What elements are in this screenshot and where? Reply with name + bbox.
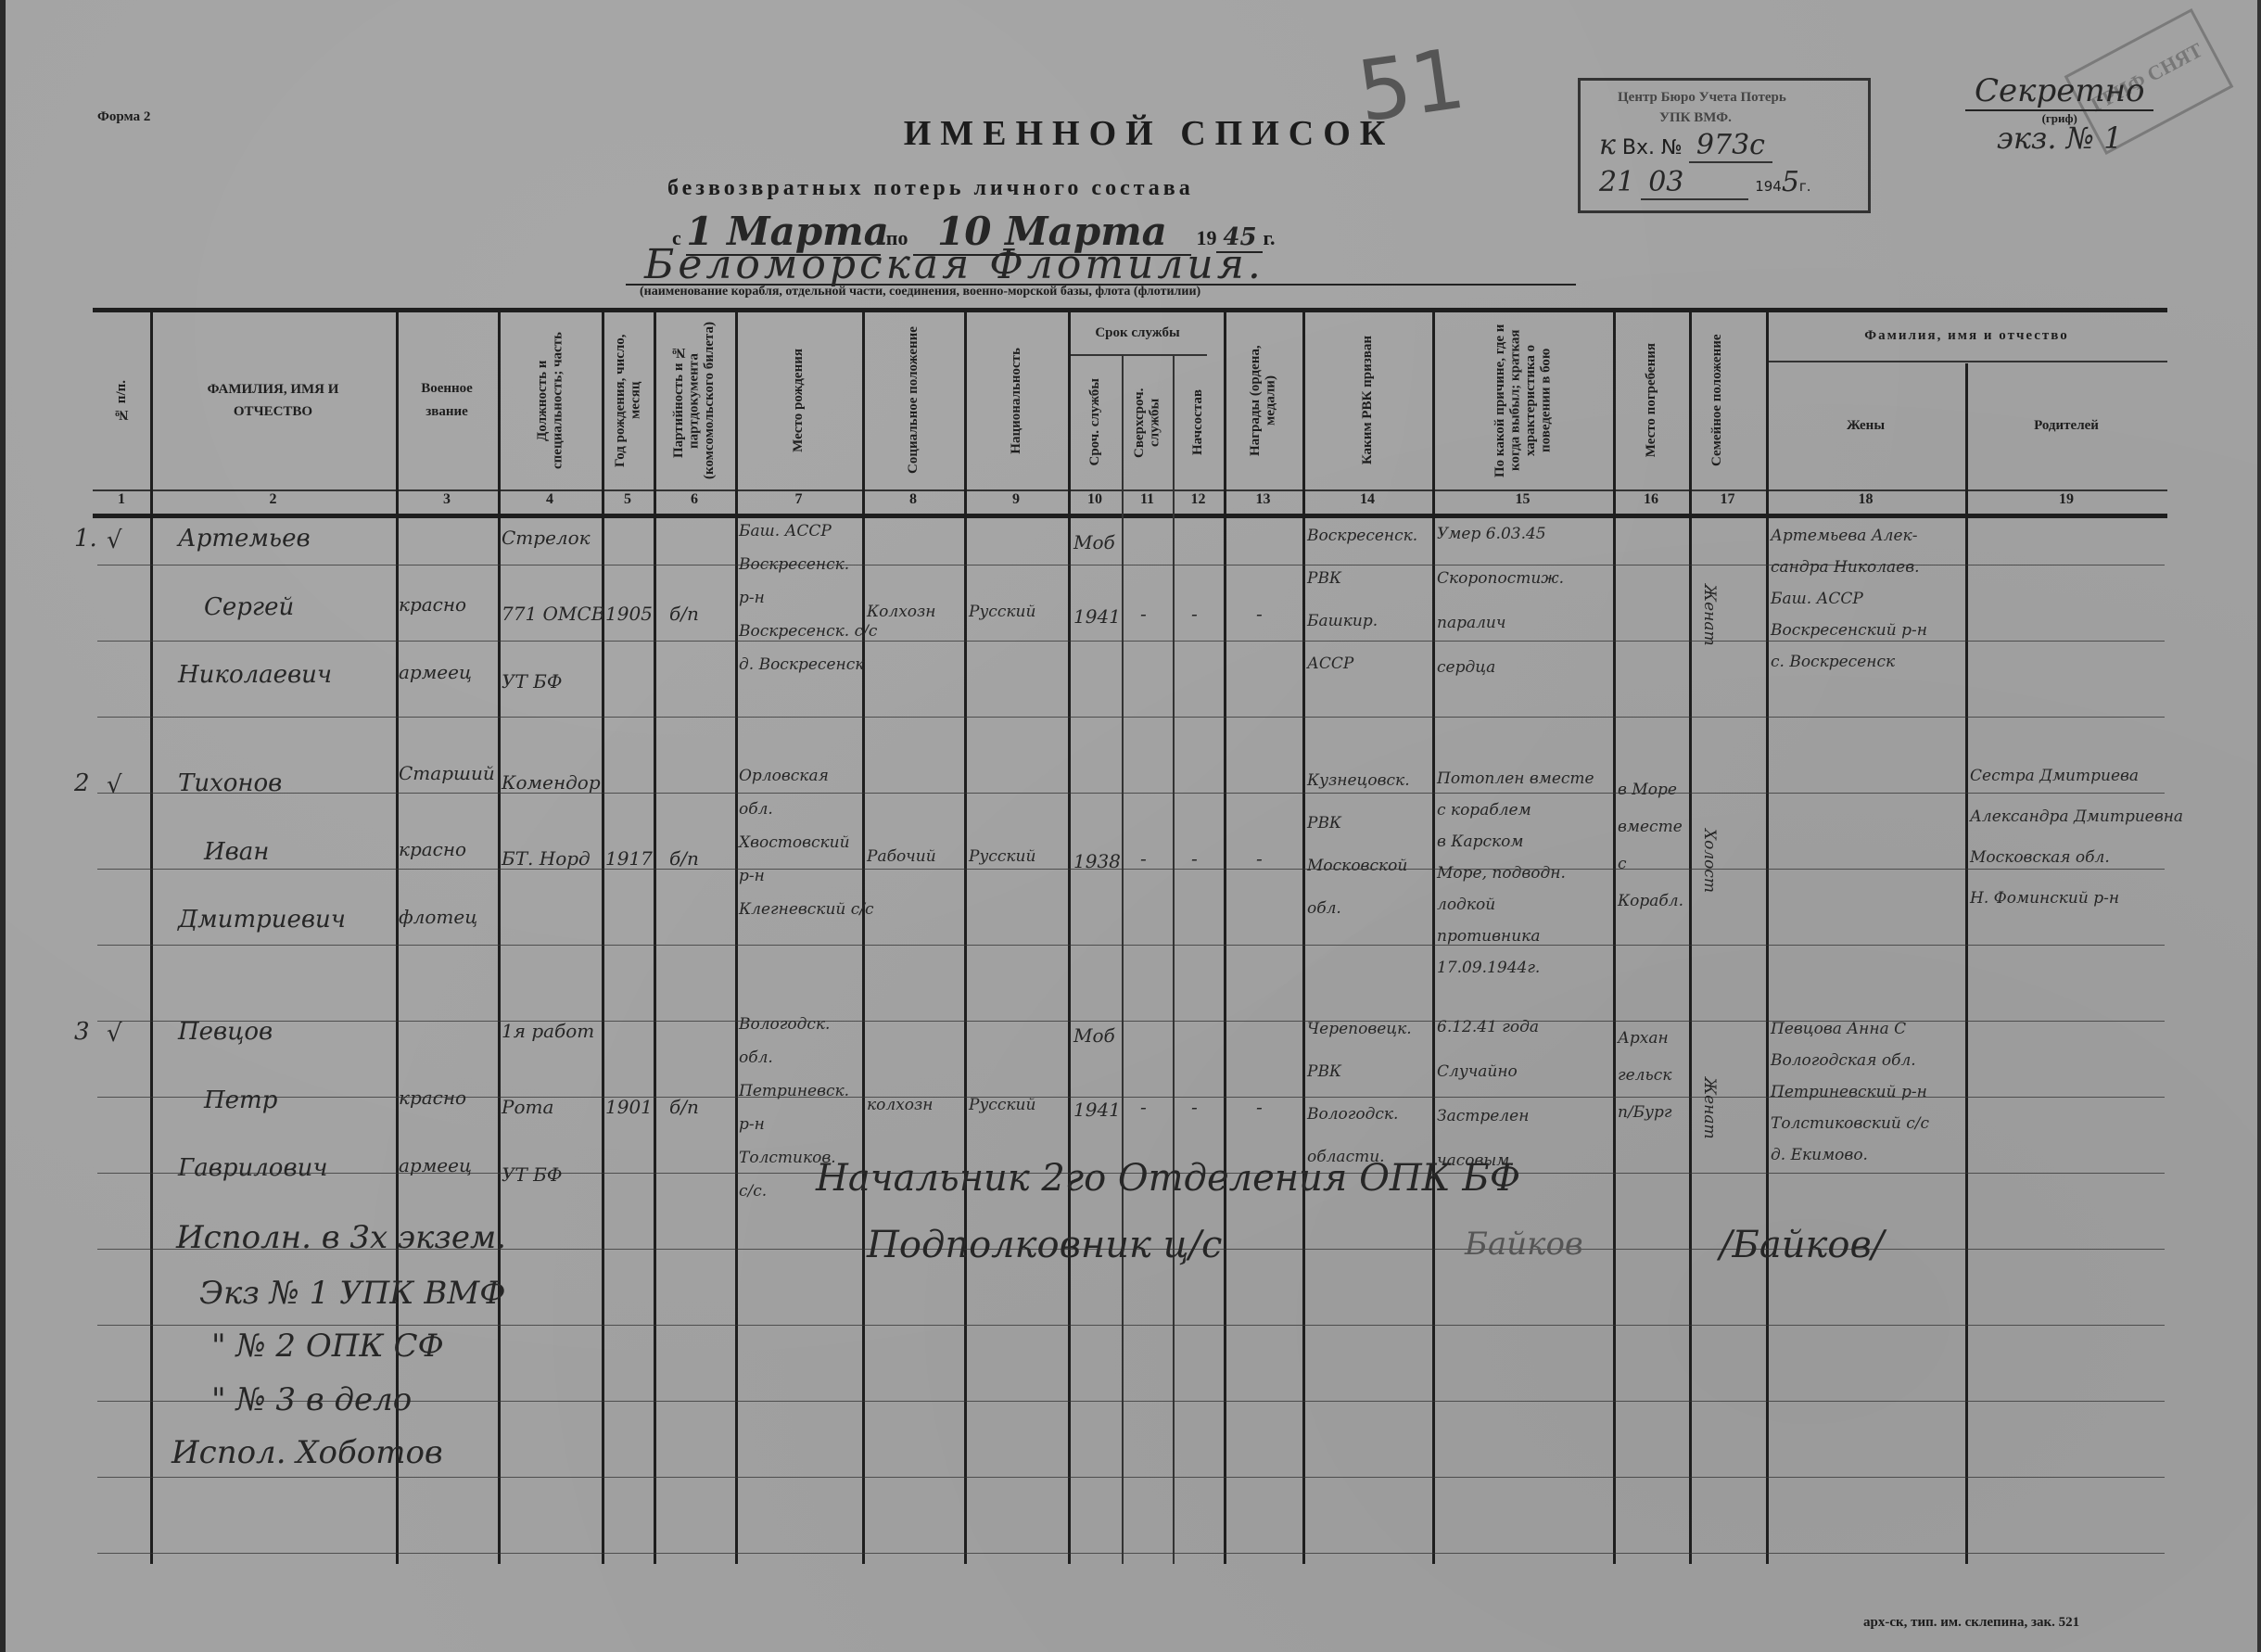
header-label: Сверхсроч. службы	[1132, 376, 1162, 469]
column-rule	[1224, 312, 1226, 1564]
cell-text: Сестра Дмитриева	[1970, 769, 2139, 784]
cell-text: Старший	[399, 764, 495, 782]
cell-text: Колхозн	[867, 604, 936, 620]
cell-text: -	[1191, 849, 1198, 868]
cell-text: АССР	[1307, 656, 1353, 672]
header-label: Жены	[1847, 418, 1885, 434]
marital-status: Женат	[1701, 584, 1717, 646]
distribution-note-2: Экз № 1 УПК ВМФ	[199, 1275, 505, 1312]
cell-text: Петриневск.	[739, 1084, 849, 1099]
column-number: 15	[1432, 491, 1613, 514]
stamp-date: 21 03 1945г.	[1599, 166, 1811, 200]
cell-text: Моб	[1073, 533, 1115, 552]
stamp-line-2: УПК ВМФ.	[1659, 110, 1732, 126]
header-col-8: Социальное положение	[862, 312, 964, 489]
header-label: Каким РВК призван	[1360, 336, 1376, 464]
column-number: 7	[735, 491, 862, 514]
column-number: 9	[964, 491, 1068, 514]
header-label: Родителей	[2034, 418, 2099, 434]
row-rule	[97, 641, 2165, 642]
unit-name: Беломорская Флотилия.	[644, 241, 1264, 288]
cell-text: Череповецк.	[1307, 1022, 1412, 1037]
header-label: Место погребения	[1644, 343, 1659, 457]
row-rule	[97, 793, 2165, 794]
cell-text: Скоропостиж.	[1437, 571, 1564, 587]
column-number: 2	[150, 491, 396, 514]
signatory-rank-text: Подполковник	[867, 1224, 1151, 1266]
cell-text: √	[107, 528, 144, 553]
cell-text: Певцов	[178, 1020, 273, 1044]
cell-text: Русский	[969, 1098, 1035, 1113]
column-rule	[1965, 363, 1968, 1564]
header-label: Должность и специальность; часть	[535, 317, 565, 484]
header-col-19: Родителей	[1965, 363, 2167, 489]
cell-text: Вологодск.	[739, 1017, 830, 1033]
cell-text: обл.	[739, 1050, 773, 1066]
losses-table: № п/п. ФАМИЛИЯ, ИМЯ И ОТЧЕСТВО Военное з…	[93, 308, 2169, 1569]
unit-name-field: Беломорская Флотилия.	[626, 241, 1576, 286]
cell-text: 1я работ	[502, 1022, 594, 1040]
cell-text: р-н	[739, 869, 765, 884]
cell-text: Н. Фоминский р-н	[1970, 891, 2119, 907]
scan-edge-left	[0, 0, 6, 1652]
header-col-6: Партийность и № партдокумента (комсомоль…	[654, 312, 735, 489]
cell-text: -	[1140, 604, 1147, 623]
column-rule	[1122, 356, 1124, 1564]
cell-text: √	[107, 1022, 144, 1046]
header-label: По какой причине, где и когда выбыл; кра…	[1493, 317, 1554, 484]
header-col-1: № п/п.	[93, 312, 150, 489]
cell-text: Воскресенск.	[1307, 528, 1417, 544]
header-col-15: По какой причине, где и когда выбыл; кра…	[1432, 312, 1613, 489]
column-rule	[1432, 312, 1435, 1564]
cell-text: 1938	[1073, 852, 1121, 870]
stamp-in-number: 973с	[1696, 129, 1765, 161]
cell-text: с. Воскресенск	[1771, 654, 1895, 670]
column-rule	[1302, 312, 1305, 1564]
distribution-note-5: Испол. Хоботов	[171, 1434, 443, 1471]
printer-info: арх-ск, тип. им. склепина, зак. 521	[1863, 1615, 2079, 1631]
cell-text: Комендор	[502, 773, 601, 792]
signatory-rank: Подполковник ц/с	[867, 1224, 1222, 1266]
cell-text: сердца	[1437, 660, 1495, 676]
cell-text: с кораблем	[1437, 803, 1531, 819]
header-label: Национальность	[1009, 348, 1024, 454]
header-col-16: Место погребения	[1613, 312, 1689, 489]
cell-text: 1917	[605, 849, 653, 868]
cell-text: Вологодская обл.	[1771, 1053, 1916, 1069]
column-number: 1	[93, 491, 150, 514]
cell-text: √	[107, 773, 144, 797]
column-number: 16	[1613, 491, 1689, 514]
cell-text: красно	[399, 840, 466, 858]
stamp-year-prefix: 194	[1755, 178, 1782, 195]
stamp-year: 5	[1782, 166, 1799, 198]
cell-text: флотец	[399, 908, 477, 926]
header-bottom-rule	[93, 514, 2167, 518]
document-subtitle: безвозвратных потерь личного состава	[667, 176, 1194, 201]
cell-text: Хвостовский	[739, 835, 850, 851]
cell-text: -	[1191, 1098, 1198, 1116]
cell-text: Кузнецовск.	[1307, 773, 1410, 789]
cell-text: Башкир.	[1307, 614, 1378, 629]
row-rule	[97, 1553, 2165, 1554]
cell-text: 1941	[1073, 1100, 1121, 1119]
row-rule	[97, 1477, 2165, 1478]
column-rule	[1766, 312, 1769, 1564]
cell-text: Орловская	[739, 769, 829, 784]
cell-text: д. Екимово.	[1771, 1148, 1868, 1163]
stamp-in-label: Вх. №	[1622, 136, 1683, 159]
cell-text: армеец	[399, 663, 472, 681]
cell-text: Толстиковский с/с	[1771, 1116, 1929, 1132]
incoming-stamp: Центр Бюро Учета Потерь УПК ВМФ. к Вх. №…	[1578, 78, 1871, 213]
header-group-service: Срок службы	[1068, 312, 1207, 354]
secrecy-block: Секретно (гриф) экз. № 1	[1965, 72, 2153, 156]
stamp-year-suffix: г.	[1799, 178, 1811, 195]
column-number: 11	[1122, 491, 1173, 514]
cell-text: колхозн	[867, 1098, 934, 1113]
cell-text: Дмитриевич	[178, 908, 346, 932]
cell-text: обл.	[1307, 901, 1341, 917]
cell-text: Московской	[1307, 858, 1407, 874]
stamp-line-1: Центр Бюро Учета Потерь	[1618, 90, 1786, 106]
cell-text: Петр	[204, 1088, 277, 1112]
cell-text: 6.12.41 года	[1437, 1020, 1539, 1036]
header-col-5: Год рождения, число, месяц	[602, 312, 654, 489]
cell-text: Клегневский с/с	[739, 902, 874, 918]
marital-status: Холост	[1701, 829, 1717, 893]
column-rule	[862, 312, 865, 1564]
cell-text: п/Бург	[1618, 1105, 1672, 1121]
column-number: 13	[1224, 491, 1302, 514]
cell-text: Русский	[969, 604, 1035, 620]
header-col-14: Каким РВК призван	[1302, 312, 1432, 489]
relatives-group-rule	[1766, 361, 2167, 362]
cell-text: Русский	[969, 849, 1035, 865]
autograph: Байков	[1465, 1226, 1583, 1263]
header-col-11: Сверхсроч. службы	[1122, 356, 1173, 489]
header-col-10: Сроч. службы	[1068, 356, 1122, 489]
header-label: Место рождения	[791, 349, 807, 452]
cell-text: обл.	[739, 802, 773, 818]
cell-text: Певцова Анна С	[1771, 1022, 1906, 1037]
cell-text: Николаевич	[178, 663, 332, 687]
column-number: 19	[1965, 491, 2167, 514]
column-number: 5	[602, 491, 654, 514]
header-col-7: Место рождения	[735, 312, 862, 489]
cell-text: Стрелок	[502, 528, 591, 547]
cell-text: красно	[399, 595, 466, 614]
header-label: Год рождения, число, месяц	[613, 317, 643, 484]
signatory-rank-suffix: ц/с	[1163, 1224, 1223, 1266]
cell-text: армеец	[399, 1156, 472, 1175]
cell-text: Случайно	[1437, 1064, 1518, 1080]
stamp-day: 21	[1599, 166, 1634, 198]
header-col-12: Начсостав	[1173, 356, 1224, 489]
cell-text: б/п	[669, 849, 699, 868]
header-col-9: Национальность	[964, 312, 1068, 489]
cell-text: гельск	[1618, 1068, 1671, 1084]
cell-text: Иван	[204, 840, 269, 864]
cell-text: Архан	[1618, 1031, 1669, 1047]
header-col-2: ФАМИЛИЯ, ИМЯ И ОТЧЕСТВО	[150, 312, 396, 489]
column-number: 4	[498, 491, 602, 514]
cell-text: Моб	[1073, 1026, 1115, 1045]
column-number: 17	[1689, 491, 1766, 514]
row-rule	[97, 945, 2165, 946]
row-rule	[97, 717, 2165, 718]
cell-text: РВК	[1307, 816, 1341, 832]
cell-text: Воскресенский р-н	[1771, 623, 1927, 639]
header-label: Начсостав	[1190, 389, 1206, 455]
cell-text: сандра Николаев.	[1771, 560, 1920, 576]
column-number: 18	[1766, 491, 1965, 514]
column-rule	[735, 312, 738, 1564]
cell-text: в Море	[1618, 782, 1677, 798]
header-label: Сроч. службы	[1087, 378, 1103, 466]
cell-text: Тихонов	[178, 771, 282, 795]
copy-number: экз. № 1	[1965, 121, 2153, 156]
cell-text: 17.09.1944г.	[1437, 960, 1540, 976]
column-rule	[964, 312, 967, 1564]
cell-text: Гаврилович	[178, 1156, 328, 1180]
cell-text: -	[1140, 1098, 1147, 1116]
scan-edge-right	[2257, 0, 2261, 1652]
cell-text: паралич	[1437, 616, 1505, 631]
header-col-4: Должность и специальность; часть	[498, 312, 602, 489]
header-label: Срок службы	[1095, 325, 1179, 341]
header-label: Семейное положение	[1709, 317, 1725, 484]
cell-text: р-н	[739, 591, 765, 606]
cell-text: Баш. АССР	[1771, 591, 1863, 607]
stamp-incoming-number: к Вх. № 973с	[1599, 129, 1772, 163]
stamp-in-prefix: к	[1599, 129, 1616, 161]
cell-text: б/п	[669, 604, 699, 623]
document-title: ИМЕННОЙ СПИСОК	[0, 113, 2261, 154]
column-rule	[396, 312, 399, 1564]
cell-text: б/п	[669, 1098, 699, 1116]
cell-text: -	[1256, 1098, 1263, 1116]
cell-text: в Карском	[1437, 834, 1523, 850]
cell-text: Корабл.	[1618, 894, 1683, 909]
cell-text: -	[1256, 604, 1263, 623]
cell-text: Баш. АССР	[739, 524, 832, 540]
cell-text: 771 ОМСВ	[502, 604, 604, 623]
cell-text: Воскресенск. с/с	[739, 624, 877, 640]
cell-text: -	[1256, 849, 1263, 868]
cell-text: Потоплен вместе	[1437, 771, 1594, 787]
column-number: 3	[396, 491, 498, 514]
cell-text: Воскресенск.	[739, 557, 849, 573]
header-label: Партийность и № партдокумента (комсомоль…	[671, 315, 718, 487]
cell-text: Артемьев	[178, 527, 311, 551]
cell-text: Московская обл.	[1970, 850, 2110, 866]
stamp-month: 03	[1648, 166, 1683, 198]
signatory-title: Начальник 2го Отделения ОПК БФ	[816, 1157, 1520, 1200]
cell-text: Сергей	[204, 595, 294, 619]
header-label: Награды (ордена, медали)	[1248, 331, 1278, 470]
cell-text: Артемьева Алек-	[1771, 528, 1917, 544]
column-rule	[150, 312, 153, 1564]
cell-text: 1941	[1073, 607, 1121, 626]
cell-text: противника	[1437, 929, 1540, 945]
cell-text: Застрелен	[1437, 1109, 1529, 1125]
cell-text: Петриневский р-н	[1771, 1085, 1927, 1100]
secrecy-classification: Секретно	[1965, 72, 2153, 111]
column-number: 6	[654, 491, 735, 514]
header-group-relatives: Фамилия, имя и отчество	[1766, 312, 2167, 359]
distribution-note-4: " № 3 в дело	[211, 1381, 412, 1418]
cell-text: УТ БФ	[502, 672, 562, 691]
header-label: Военное звание	[410, 377, 484, 425]
distribution-note-1: Исполн. в 3х экзем.	[176, 1219, 506, 1256]
column-number: 10	[1068, 491, 1122, 514]
header-label: ФАМИЛИЯ, ИМЯ И ОТЧЕСТВО	[204, 378, 343, 423]
header-col-3: Военное звание	[396, 312, 498, 489]
cell-text: РВК	[1307, 571, 1341, 587]
header-col-18: Жены	[1766, 363, 1965, 489]
cell-text: д. Воскресенск	[739, 657, 864, 673]
column-rule	[1173, 356, 1175, 1564]
header-label: Социальное положение	[906, 317, 921, 484]
distribution-note-3: " № 2 ОПК СФ	[211, 1328, 444, 1365]
cell-text: Море, подводн.	[1437, 866, 1566, 882]
cell-text: Рабочий	[867, 849, 936, 865]
cell-text: Вологодск.	[1307, 1107, 1398, 1123]
marital-status: Женат	[1701, 1077, 1717, 1139]
cell-text: вместе	[1618, 820, 1683, 835]
signatory-name: /Байков/	[1720, 1224, 1884, 1266]
cell-text: РВК	[1307, 1064, 1341, 1080]
column-number: 12	[1173, 491, 1224, 514]
cell-text: Рота	[502, 1098, 553, 1116]
row-rule	[97, 869, 2165, 870]
row-rule	[97, 1325, 2165, 1326]
cell-text: 1905	[605, 604, 653, 623]
cell-text: с/с.	[739, 1184, 767, 1200]
header-label: № п/п.	[114, 380, 130, 422]
column-rule	[602, 312, 604, 1564]
header-label: Фамилия, имя и отчество	[1864, 328, 2069, 344]
column-number: 8	[862, 491, 964, 514]
cell-text: УТ БФ	[502, 1165, 562, 1184]
cell-text: 1901	[605, 1098, 653, 1116]
column-rule	[654, 312, 656, 1564]
column-rule	[1689, 312, 1692, 1564]
header-col-13: Награды (ордена, медали)	[1224, 312, 1302, 489]
cell-text: красно	[399, 1088, 466, 1107]
cell-text: -	[1140, 849, 1147, 868]
cell-text: Александра Дмитриевна	[1970, 809, 2183, 825]
unit-caption: (наименование корабля, отдельной части, …	[640, 285, 1200, 299]
header-col-17: Семейное положение	[1689, 312, 1745, 489]
cell-text: БТ. Норд	[502, 849, 591, 868]
column-number: 14	[1302, 491, 1432, 514]
cell-text: Умер 6.03.45	[1437, 527, 1546, 542]
cell-text: -	[1191, 604, 1198, 623]
cell-text: с	[1618, 857, 1627, 872]
column-rule	[1613, 312, 1616, 1564]
column-rule	[1068, 312, 1071, 1564]
column-rule	[498, 312, 501, 1564]
cell-text: лодкой	[1437, 897, 1495, 913]
cell-text: р-н	[739, 1117, 765, 1133]
